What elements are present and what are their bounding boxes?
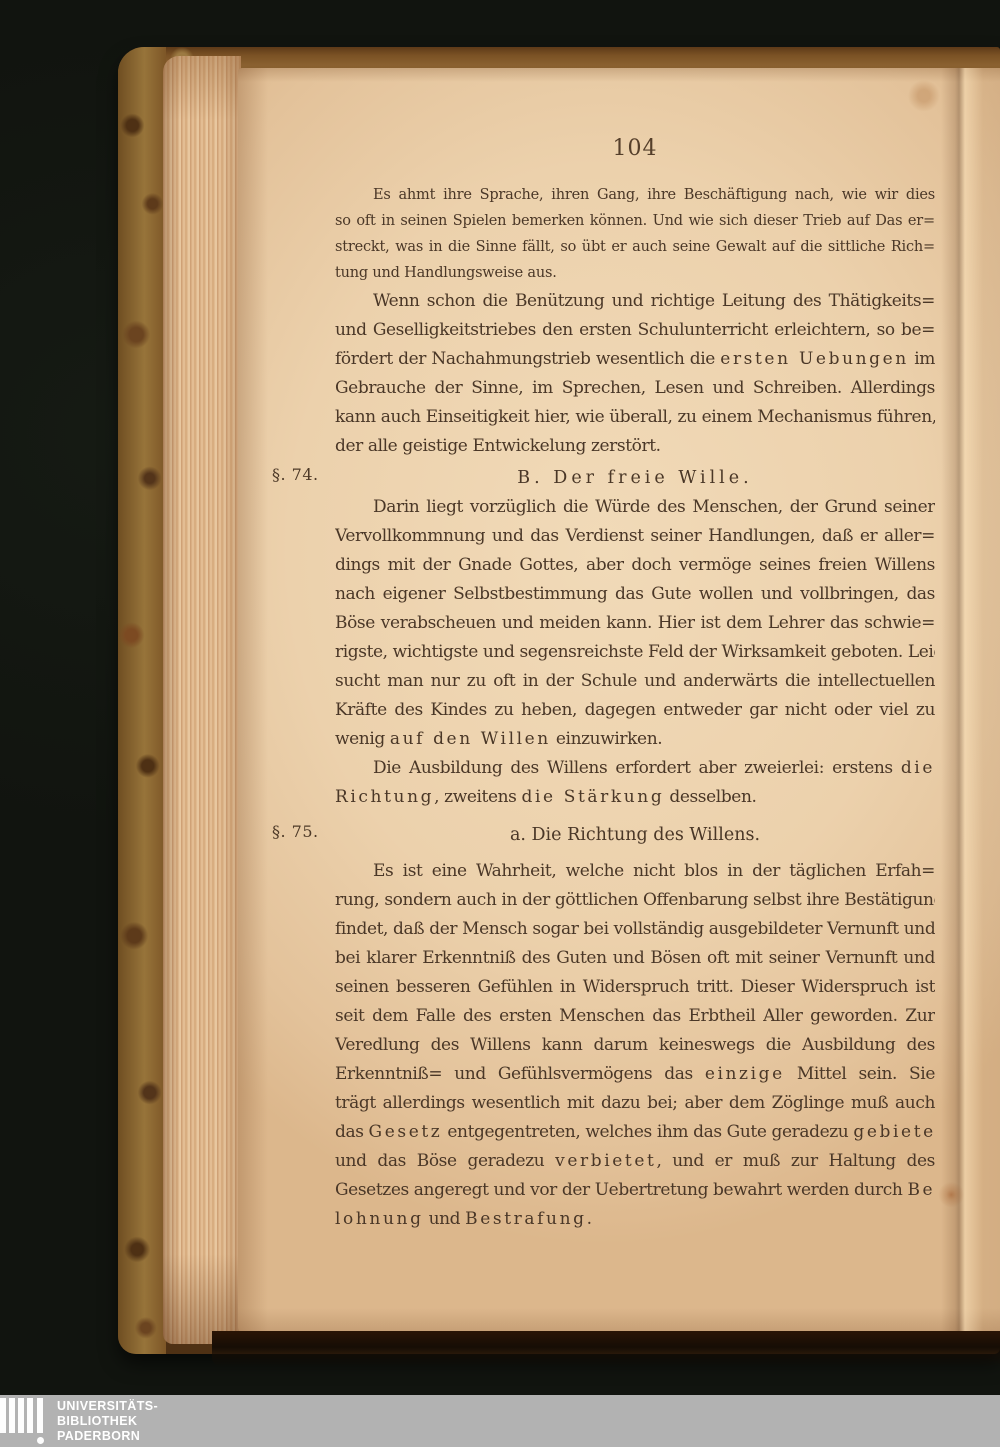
text-line: Böse verabscheuen und meiden kann. Hier … bbox=[335, 609, 935, 638]
section-75-paragraph: Es ist eine Wahrheit, welche nicht blos … bbox=[335, 857, 935, 1234]
text-line: seinen besseren Gefühlen in Widerspruch … bbox=[335, 973, 935, 1002]
book-spine-marbled bbox=[118, 47, 166, 1354]
library-name-line: UNIVERSITÄTS- bbox=[57, 1399, 158, 1414]
text-line: rigste, wichtigste und segensreichste Fe… bbox=[335, 638, 935, 667]
text-line: der alle geistige Entwickelung zerstört. bbox=[335, 432, 935, 461]
text-line: das Gesetz entgegentreten, welches ihm d… bbox=[335, 1118, 935, 1147]
text-line: wenig auf den Willen einzuwirken. bbox=[335, 725, 935, 754]
section-75-title: a. Die Richtung des Willens. bbox=[335, 820, 935, 850]
page-bottom-shadow bbox=[212, 1331, 1000, 1367]
library-logo-bar bbox=[9, 1398, 15, 1433]
intro-paragraph-small: Es ahmt ihre Sprache, ihren Gang, ihre B… bbox=[335, 182, 935, 286]
library-logo-dot bbox=[37, 1437, 44, 1444]
page-text-column: 104 Es ahmt ihre Sprache, ihren Gang, ih… bbox=[335, 136, 935, 1234]
page-fan-edges bbox=[163, 56, 241, 1344]
text-line: trägt allerdings wesentlich mit dazu bei… bbox=[335, 1089, 935, 1118]
text-line: sucht man nur zu oft in der Schule und a… bbox=[335, 667, 935, 696]
library-name-line: PADERBORN bbox=[57, 1429, 158, 1444]
text-line: Vervollkommnung und das Verdienst seiner… bbox=[335, 522, 935, 551]
text-line: und das Böse geradezu verbietet, und er … bbox=[335, 1147, 935, 1176]
text-line: Gebrauche der Sinne, im Sprechen, Lesen … bbox=[335, 374, 935, 403]
page-number: 104 bbox=[335, 136, 935, 162]
text-line: seit dem Falle des ersten Menschen das E… bbox=[335, 1002, 935, 1031]
section-74-paragraph: Darin liegt vorzüglich die Würde des Men… bbox=[335, 493, 935, 754]
text-line: Es ahmt ihre Sprache, ihren Gang, ihre B… bbox=[335, 182, 935, 208]
section-75-label: §. 75. bbox=[272, 822, 319, 841]
library-logo-icon bbox=[0, 1398, 46, 1446]
library-footer: UNIVERSITÄTS- BIBLIOTHEK PADERBORN bbox=[0, 1395, 1000, 1447]
section-74-title: B. Der freie Wille. bbox=[335, 463, 935, 493]
text-line: rung, sondern auch in der göttlichen Off… bbox=[335, 886, 935, 915]
library-logo-bar bbox=[18, 1398, 24, 1433]
text-line: Veredlung des Willens kann darum keinesw… bbox=[335, 1031, 935, 1060]
text-line: findet, daß der Mensch sogar bei vollstä… bbox=[335, 915, 935, 944]
text-line: bei klarer Erkenntniß des Guten und Böse… bbox=[335, 944, 935, 973]
text-line: Richtung, zweitens die Stärkung desselbe… bbox=[335, 783, 935, 812]
text-line: nach eigener Selbstbestimmung das Gute w… bbox=[335, 580, 935, 609]
text-line: Kräfte des Kindes zu heben, dagegen entw… bbox=[335, 696, 935, 725]
intro-paragraph: Wenn schon die Benützung und richtige Le… bbox=[335, 287, 935, 461]
section-74-label: §. 74. bbox=[272, 465, 319, 484]
text-line: Die Ausbildung des Willens erfordert abe… bbox=[335, 754, 935, 783]
text-line: lohnung und Bestrafung. bbox=[335, 1205, 935, 1234]
library-logo-bar bbox=[37, 1398, 43, 1433]
section-74-heading-row: §. 74. B. Der freie Wille. bbox=[335, 463, 935, 493]
text-line: so oft in seinen Spielen bemerken können… bbox=[335, 208, 935, 234]
text-line: dings mit der Gnade Gottes, aber doch ve… bbox=[335, 551, 935, 580]
text-line: und Geselligkeitstriebes den ersten Schu… bbox=[335, 316, 935, 345]
text-line: Es ist eine Wahrheit, welche nicht blos … bbox=[335, 857, 935, 886]
text-line: streckt, was in die Sinne fällt, so übt … bbox=[335, 234, 935, 260]
text-line: kann auch Einseitigkeit hier, wie überal… bbox=[335, 403, 935, 432]
text-line: Erkenntniß= und Gefühlsvermögens das ein… bbox=[335, 1060, 935, 1089]
library-name-line: BIBLIOTHEK bbox=[57, 1414, 158, 1429]
text-line: Darin liegt vorzüglich die Würde des Men… bbox=[335, 493, 935, 522]
section-75-heading-row: §. 75. a. Die Richtung des Willens. bbox=[335, 820, 935, 850]
text-line: tung und Handlungsweise aus. bbox=[335, 260, 935, 286]
will-training-paragraph: Die Ausbildung des Willens erfordert abe… bbox=[335, 754, 935, 812]
text-line: Wenn schon die Benützung und richtige Le… bbox=[335, 287, 935, 316]
library-name: UNIVERSITÄTS- BIBLIOTHEK PADERBORN bbox=[57, 1399, 158, 1444]
scan-background: 104 Es ahmt ihre Sprache, ihren Gang, ih… bbox=[0, 0, 1000, 1447]
library-logo-bar bbox=[27, 1398, 33, 1433]
library-logo-bar bbox=[0, 1398, 6, 1433]
text-line: fördert der Nachahmungstrieb wesentlich … bbox=[335, 345, 935, 374]
text-line: Gesetzes angeregt und vor der Uebertretu… bbox=[335, 1176, 935, 1205]
